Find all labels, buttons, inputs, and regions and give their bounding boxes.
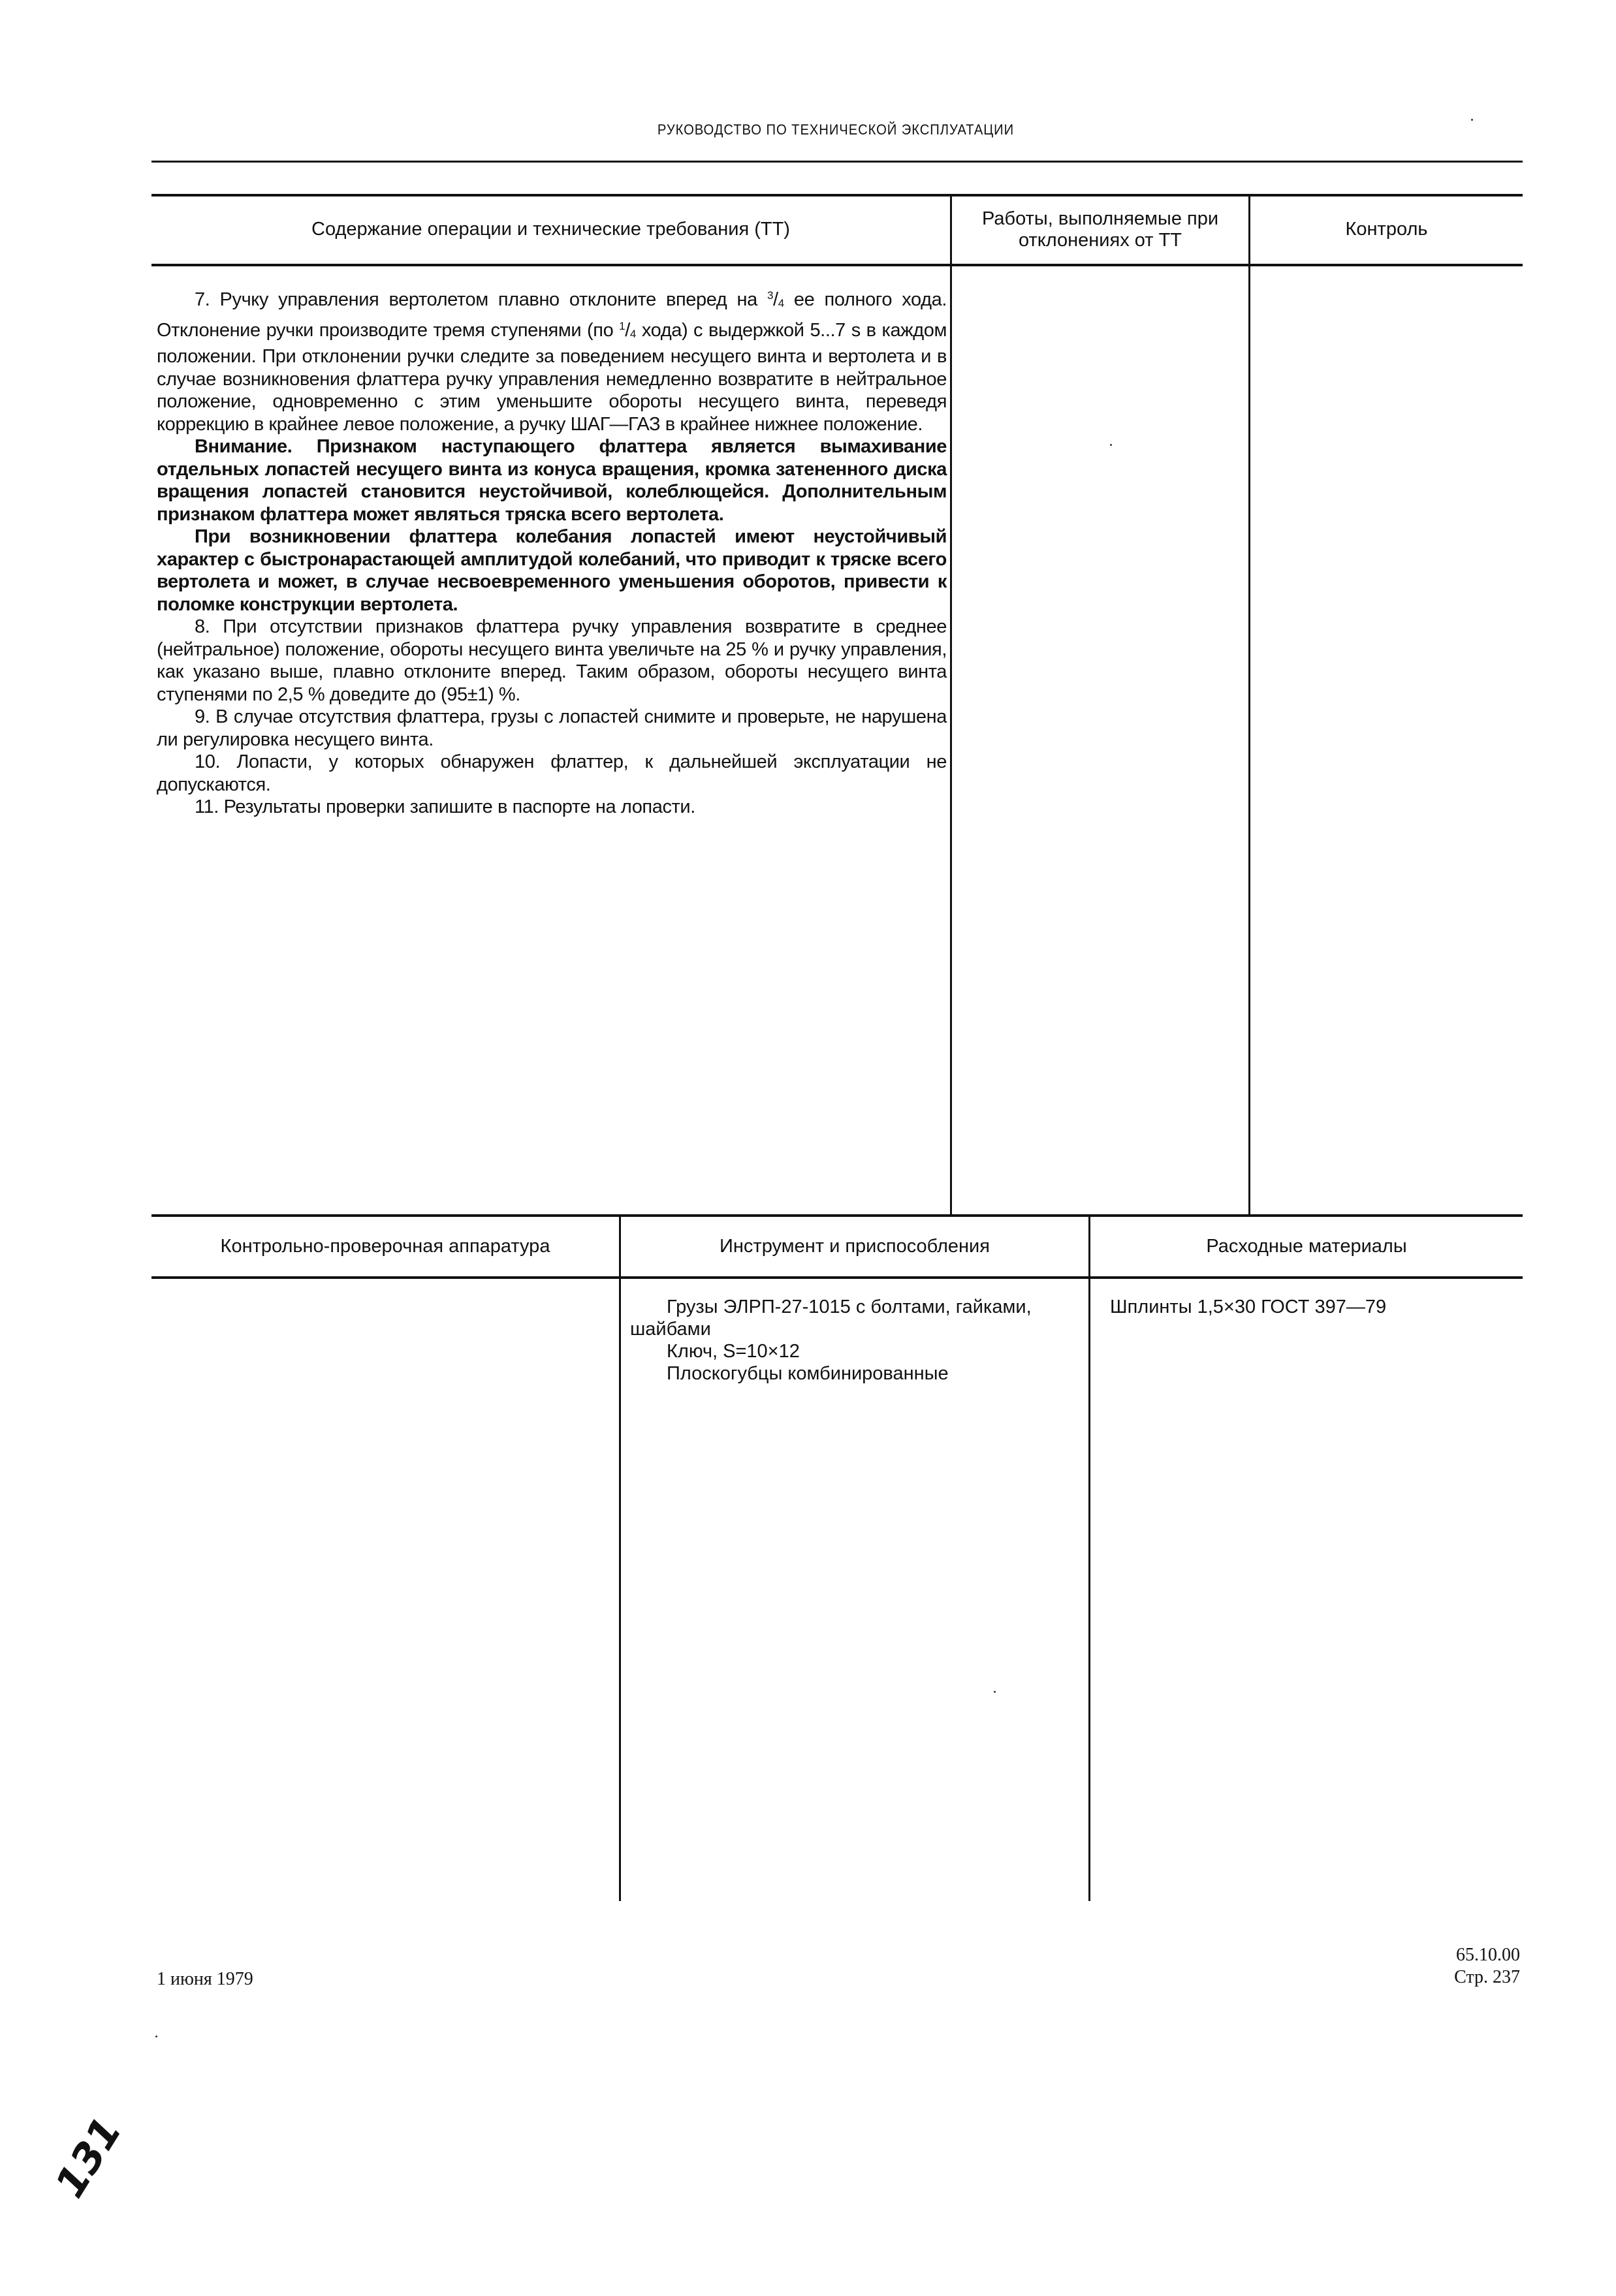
column-header-tools: Инструмент и приспособления (621, 1217, 1088, 1276)
column-divider (1088, 1216, 1090, 1901)
table-header-rule (151, 264, 1523, 266)
deviation-works-cell (953, 268, 1247, 1214)
step-9: 9. В случае отсутствия флаттера, грузы с… (157, 706, 947, 751)
control-cell (1252, 268, 1519, 1214)
step-8: 8. При отсутствии признаков флаттера руч… (157, 616, 947, 706)
tool-item: Грузы ЭЛРП-27-1015 с болтами, гайками, ш… (630, 1296, 1081, 1340)
scan-speck (994, 1691, 996, 1693)
consumable-item: Шплинты 1,5×30 ГОСТ 397—79 (1110, 1296, 1515, 1318)
column-divider (619, 1216, 621, 1901)
warning-flutter-effects: При возникновении флаттера колебания лоп… (157, 526, 947, 616)
column-divider (1248, 195, 1250, 1217)
document-number: 65.10.00 (1454, 1944, 1520, 1966)
step-7: 7. Ручку управления вертолетом плавно от… (157, 285, 947, 435)
warning-flutter-signs: Внимание. Признаком наступающего флаттер… (157, 435, 947, 526)
scan-speck (1110, 444, 1112, 446)
tools-cell: Грузы ЭЛРП-27-1015 с болтами, гайками, ш… (630, 1296, 1081, 1385)
column-divider (950, 195, 952, 1217)
tool-item: Ключ, S=10×12 (630, 1340, 1081, 1362)
page-number: Стр. 237 (1454, 1966, 1520, 1989)
column-header-control: Контроль (1250, 196, 1523, 264)
column-header-test-equipment: Контрольно-проверочная аппаратура (151, 1217, 619, 1276)
scan-speck (155, 2036, 157, 2037)
column-header-consumables: Расходные материалы (1090, 1217, 1523, 1276)
column-header-operation-content: Содержание операции и технические требов… (151, 196, 950, 264)
handwritten-page-mark: 131 (46, 2109, 131, 2205)
header-rule (151, 161, 1523, 163)
page-reference: 65.10.00 Стр. 237 (1454, 1944, 1520, 1989)
running-header: РУКОВОДСТВО ПО ТЕХНИЧЕСКОЙ ЭКСПЛУАТАЦИИ (205, 121, 1466, 138)
issue-date: 1 июня 1979 (157, 1969, 253, 1990)
consumables-cell: Шплинты 1,5×30 ГОСТ 397—79 (1110, 1296, 1515, 1318)
column-header-deviation-works: Работы, выполняемые при отклонениях от Т… (960, 196, 1241, 264)
scan-speck (1471, 119, 1473, 121)
step-10: 10. Лопасти, у которых обнаружен флаттер… (157, 751, 947, 796)
step-11: 11. Результаты проверки запишите в паспо… (157, 796, 947, 819)
operation-content-cell: 7. Ручку управления вертолетом плавно от… (157, 285, 947, 819)
resources-header-rule (151, 1276, 1523, 1279)
tool-item: Плоскогубцы комбинированные (630, 1362, 1081, 1385)
